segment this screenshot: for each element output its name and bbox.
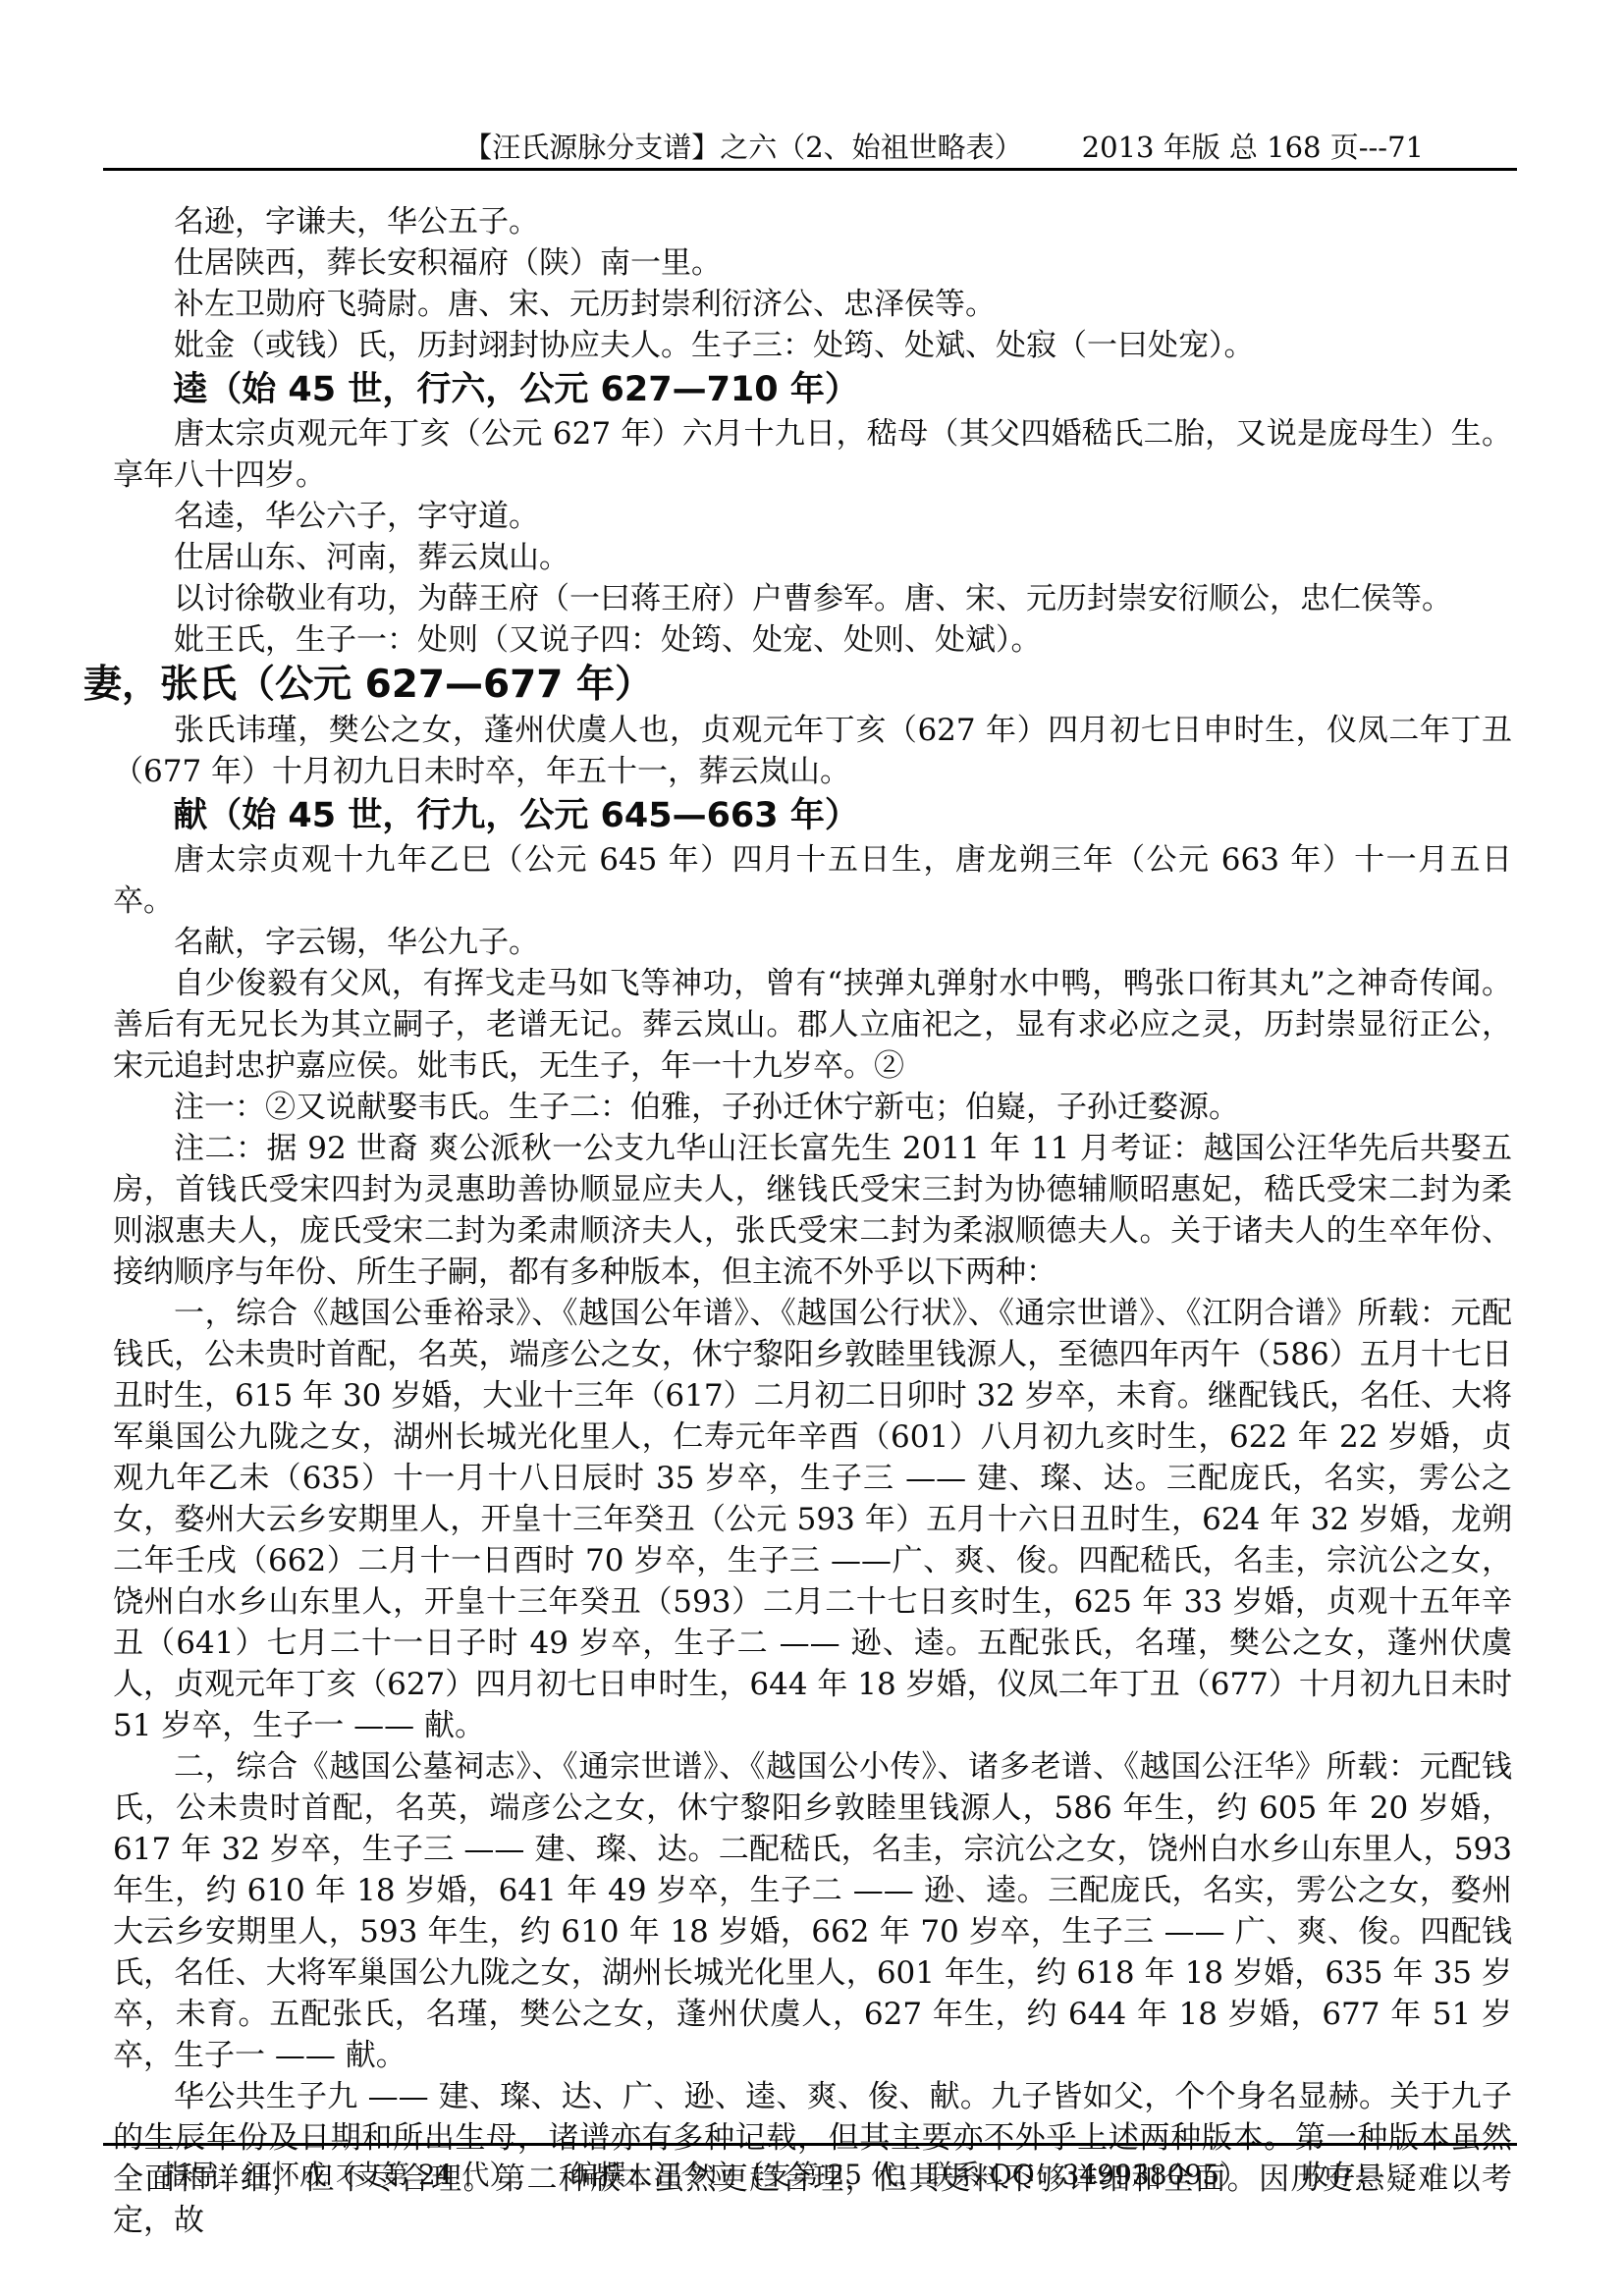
page-header: 【汪氏源脉分支谱】之六（2、始祖世略表） 2013 年版 总 168 页---7… — [113, 126, 1512, 166]
paragraph-xun-residence: 仕居陕西，葬长安积福府（陕）南一里。 — [113, 242, 1512, 284]
paragraph-xian-name: 名献，字云锡，华公九子。 — [113, 922, 1512, 963]
paragraph-note-two: 注二：据 92 世裔 爽公派秋一公支九华山汪长富先生 2011 年 11 月考证… — [113, 1128, 1512, 1293]
paragraph-version-one: 一，综合《越国公垂裕录》、《越国公年谱》、《越国公行状》、《通宗世谱》、《江阴合… — [113, 1293, 1512, 1746]
paragraph-xian-bio: 自少俊毅有父风，有挥戈走马如飞等神功，曾有“挟弹丸弹射水中鸭，鸭张口衔其丸”之神… — [113, 963, 1512, 1087]
paragraph-xun-wife: 妣金（或钱）氏，历封翊封协应夫人。生子三：处筠、处斌、处寂（一曰处宠）。 — [113, 325, 1512, 366]
paragraph-zhang-bio: 张氏讳瑾，樊公之女，蓬州伏虞人也，贞观元年丁亥（627 年）四月初七日申时生，仪… — [113, 710, 1512, 792]
header-page-info: 2013 年版 总 168 页---71 — [1082, 126, 1424, 166]
section-heading-wife-zhang: 妻，张氏（公元 627—677 年） — [83, 661, 1512, 710]
paragraph-xun-name: 名逊，字谦夫，华公五子。 — [113, 201, 1512, 242]
header-divider — [103, 168, 1517, 171]
footer-mentor: 指导：汪怀成（支第 24 代） — [162, 2156, 516, 2195]
header-title: 【汪氏源脉分支谱】之六（2、始祖世略表） — [463, 126, 1022, 166]
footer-divider — [103, 2143, 1517, 2146]
footer-editor: 编撰：汪令应（支第 25 代，联系 QQ：349938095） — [570, 2156, 1247, 2195]
paragraph-kui-residence: 仕居山东、河南，葬云岚山。 — [113, 537, 1512, 578]
section-heading-xian: 献（始 45 世，行九，公元 645—663 年） — [113, 792, 1512, 839]
section-heading-kui: 逵（始 45 世，行六，公元 627—710 年） — [113, 366, 1512, 413]
paragraph-xian-dates: 唐太宗贞观十九年乙巳（公元 645 年）四月十五日生，唐龙朔三年（公元 663 … — [113, 839, 1512, 922]
paragraph-kui-birth: 唐太宗贞观元年丁亥（公元 627 年）六月十九日，嵇母（其父四婚嵇氏二胎，又说是… — [113, 413, 1512, 496]
footer-keeper: 收存： — [1301, 2156, 1383, 2195]
paragraph-note-one: 注一：②又说献娶韦氏。生子二：伯雅，子孙迁休宁新屯；伯嶷，子孙迁婺源。 — [113, 1087, 1512, 1128]
document-body: 名逊，字谦夫，华公五子。 仕居陕西，葬长安积福府（陕）南一里。 补左卫勋府飞骑尉… — [113, 201, 1512, 2241]
paragraph-xun-titles: 补左卫勋府飞骑尉。唐、宋、元历封崇利衍济公、忠泽侯等。 — [113, 284, 1512, 325]
paragraph-kui-wife: 妣王氏，生子一：处则（又说子四：处筠、处宠、处则、处斌）。 — [113, 619, 1512, 661]
paragraph-version-two: 二，综合《越国公墓祠志》、《通宗世谱》、《越国公小传》、诸多老谱、《越国公汪华》… — [113, 1746, 1512, 2076]
document-page: 【汪氏源脉分支谱】之六（2、始祖世略表） 2013 年版 总 168 页---7… — [0, 0, 1624, 2296]
paragraph-kui-titles: 以讨徐敬业有功，为薛王府（一曰蒋王府）户曹参军。唐、宋、元历封崇安衍顺公，忠仁侯… — [113, 578, 1512, 619]
paragraph-kui-name: 名逵，华公六子，字守道。 — [113, 496, 1512, 537]
page-footer: 指导：汪怀成（支第 24 代） 编撰：汪令应（支第 25 代，联系 QQ：349… — [162, 2156, 1517, 2195]
